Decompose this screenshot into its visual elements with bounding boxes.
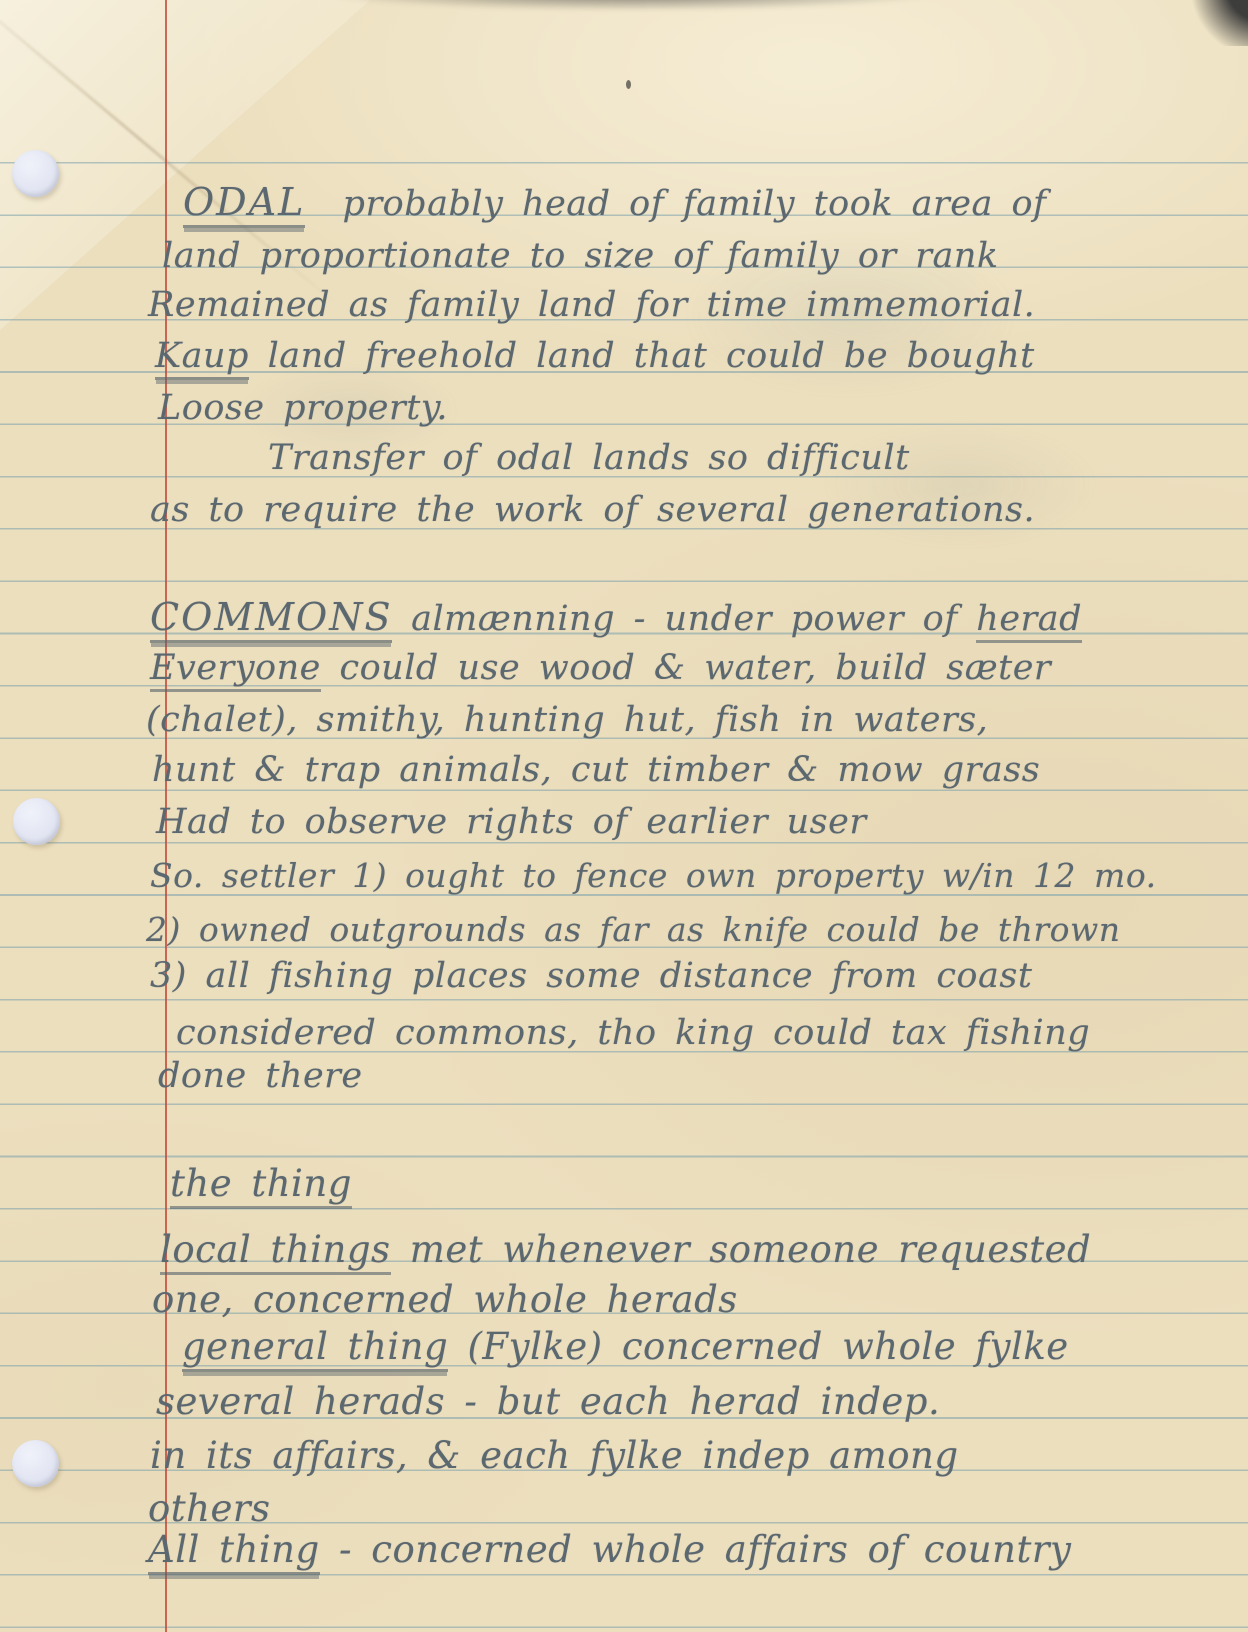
handwritten-line: considered commons, tho king could tax f… bbox=[176, 1013, 1090, 1053]
scan-shadow-top bbox=[330, 0, 930, 10]
line-text: almænning - under power of bbox=[392, 599, 976, 639]
underlined-term-all-thing: All thing bbox=[148, 1528, 320, 1575]
line-text: So. settler 1) ought to fence own proper… bbox=[150, 856, 1157, 895]
handwritten-line: All thing - concerned whole affairs of c… bbox=[148, 1528, 1071, 1575]
underlined-heading-the-thing: the thing bbox=[170, 1162, 352, 1209]
line-text: Transfer of odal lands so difficult bbox=[268, 438, 910, 478]
underlined-term-kaup: Kaup bbox=[155, 336, 249, 380]
underlined-term-local-things: local things bbox=[160, 1228, 391, 1275]
line-text: Had to observe rights of earlier user bbox=[156, 802, 867, 842]
handwritten-line: Had to observe rights of earlier user bbox=[156, 802, 867, 842]
line-text: hunt & trap animals, cut timber & mow gr… bbox=[152, 750, 1040, 790]
line-text: probably head of family took area of bbox=[305, 184, 1046, 224]
handwritten-line: others bbox=[148, 1487, 271, 1530]
handwritten-line: one, concerned whole herads bbox=[152, 1278, 738, 1321]
underlined-term-herad: herad bbox=[976, 599, 1082, 643]
line-text: could use wood & water, build sæter bbox=[321, 648, 1051, 688]
handwritten-line: as to require the work of several genera… bbox=[150, 490, 1035, 530]
line-text: Loose property. bbox=[158, 388, 448, 428]
scan-corner-top-right bbox=[1182, 0, 1248, 46]
handwritten-line: Remained as family land for time immemor… bbox=[148, 285, 1035, 325]
underlined-heading-odal: ODAL bbox=[183, 180, 305, 228]
handwritten-line: 3) all fishing places some distance from… bbox=[150, 956, 1032, 996]
line-text: land freehold land that could be bought bbox=[249, 336, 1035, 376]
handwritten-line: ODAL probably head of family took area o… bbox=[183, 180, 1047, 228]
punch-hole bbox=[12, 150, 59, 197]
handwritten-line: 2) owned outgrounds as far as knife coul… bbox=[146, 910, 1121, 949]
line-text: others bbox=[148, 1487, 271, 1530]
handwritten-line: in its affairs, & each fylke indep among bbox=[150, 1434, 959, 1477]
punch-hole bbox=[13, 798, 60, 845]
handwritten-line: COMMONS almænning - under power of herad bbox=[150, 595, 1082, 643]
handwritten-line: the thing bbox=[170, 1162, 352, 1209]
line-text: - concerned whole affairs of country bbox=[320, 1528, 1072, 1571]
notebook-page: ODAL probably head of family took area o… bbox=[0, 0, 1248, 1632]
line-text: as to require the work of several genera… bbox=[150, 490, 1035, 530]
line-text: done there bbox=[158, 1056, 363, 1096]
handwritten-line: land proportionate to size of family or … bbox=[162, 236, 999, 276]
line-text: met whenever someone requested bbox=[391, 1228, 1092, 1271]
handwritten-line: local things met whenever someone reques… bbox=[160, 1228, 1091, 1275]
line-text: 3) all fishing places some distance from… bbox=[150, 956, 1032, 996]
line-text: considered commons, tho king could tax f… bbox=[176, 1013, 1090, 1053]
line-text: 2) owned outgrounds as far as knife coul… bbox=[146, 910, 1121, 949]
ink-speck bbox=[626, 80, 631, 89]
line-text: (chalet), smithy, hunting hut, fish in w… bbox=[146, 700, 988, 740]
line-text: several herads - but each herad indep. bbox=[156, 1380, 940, 1423]
handwritten-line: hunt & trap animals, cut timber & mow gr… bbox=[152, 750, 1040, 790]
underlined-term-general-thing: general thing bbox=[182, 1325, 448, 1372]
line-text: Remained as family land for time immemor… bbox=[148, 285, 1035, 325]
handwritten-line: Everyone could use wood & water, build s… bbox=[150, 648, 1051, 692]
handwritten-line: Loose property. bbox=[158, 388, 448, 428]
handwritten-line: several herads - but each herad indep. bbox=[156, 1380, 940, 1423]
handwritten-line: So. settler 1) ought to fence own proper… bbox=[150, 856, 1157, 895]
underlined-heading-commons: COMMONS bbox=[150, 595, 392, 643]
line-text: one, concerned whole herads bbox=[152, 1278, 738, 1321]
punch-hole bbox=[12, 1440, 59, 1487]
handwritten-line: done there bbox=[158, 1056, 363, 1096]
handwritten-line: (chalet), smithy, hunting hut, fish in w… bbox=[146, 700, 988, 740]
line-text: (Fylke) concerned whole fylke bbox=[448, 1325, 1068, 1368]
underlined-term-everyone: Everyone bbox=[150, 648, 321, 692]
line-text: land proportionate to size of family or … bbox=[162, 236, 999, 276]
line-text: in its affairs, & each fylke indep among bbox=[150, 1434, 959, 1477]
handwritten-line: general thing (Fylke) concerned whole fy… bbox=[182, 1325, 1069, 1372]
handwritten-line: Kaup land freehold land that could be bo… bbox=[155, 336, 1035, 380]
handwritten-line: Transfer of odal lands so difficult bbox=[268, 438, 910, 478]
